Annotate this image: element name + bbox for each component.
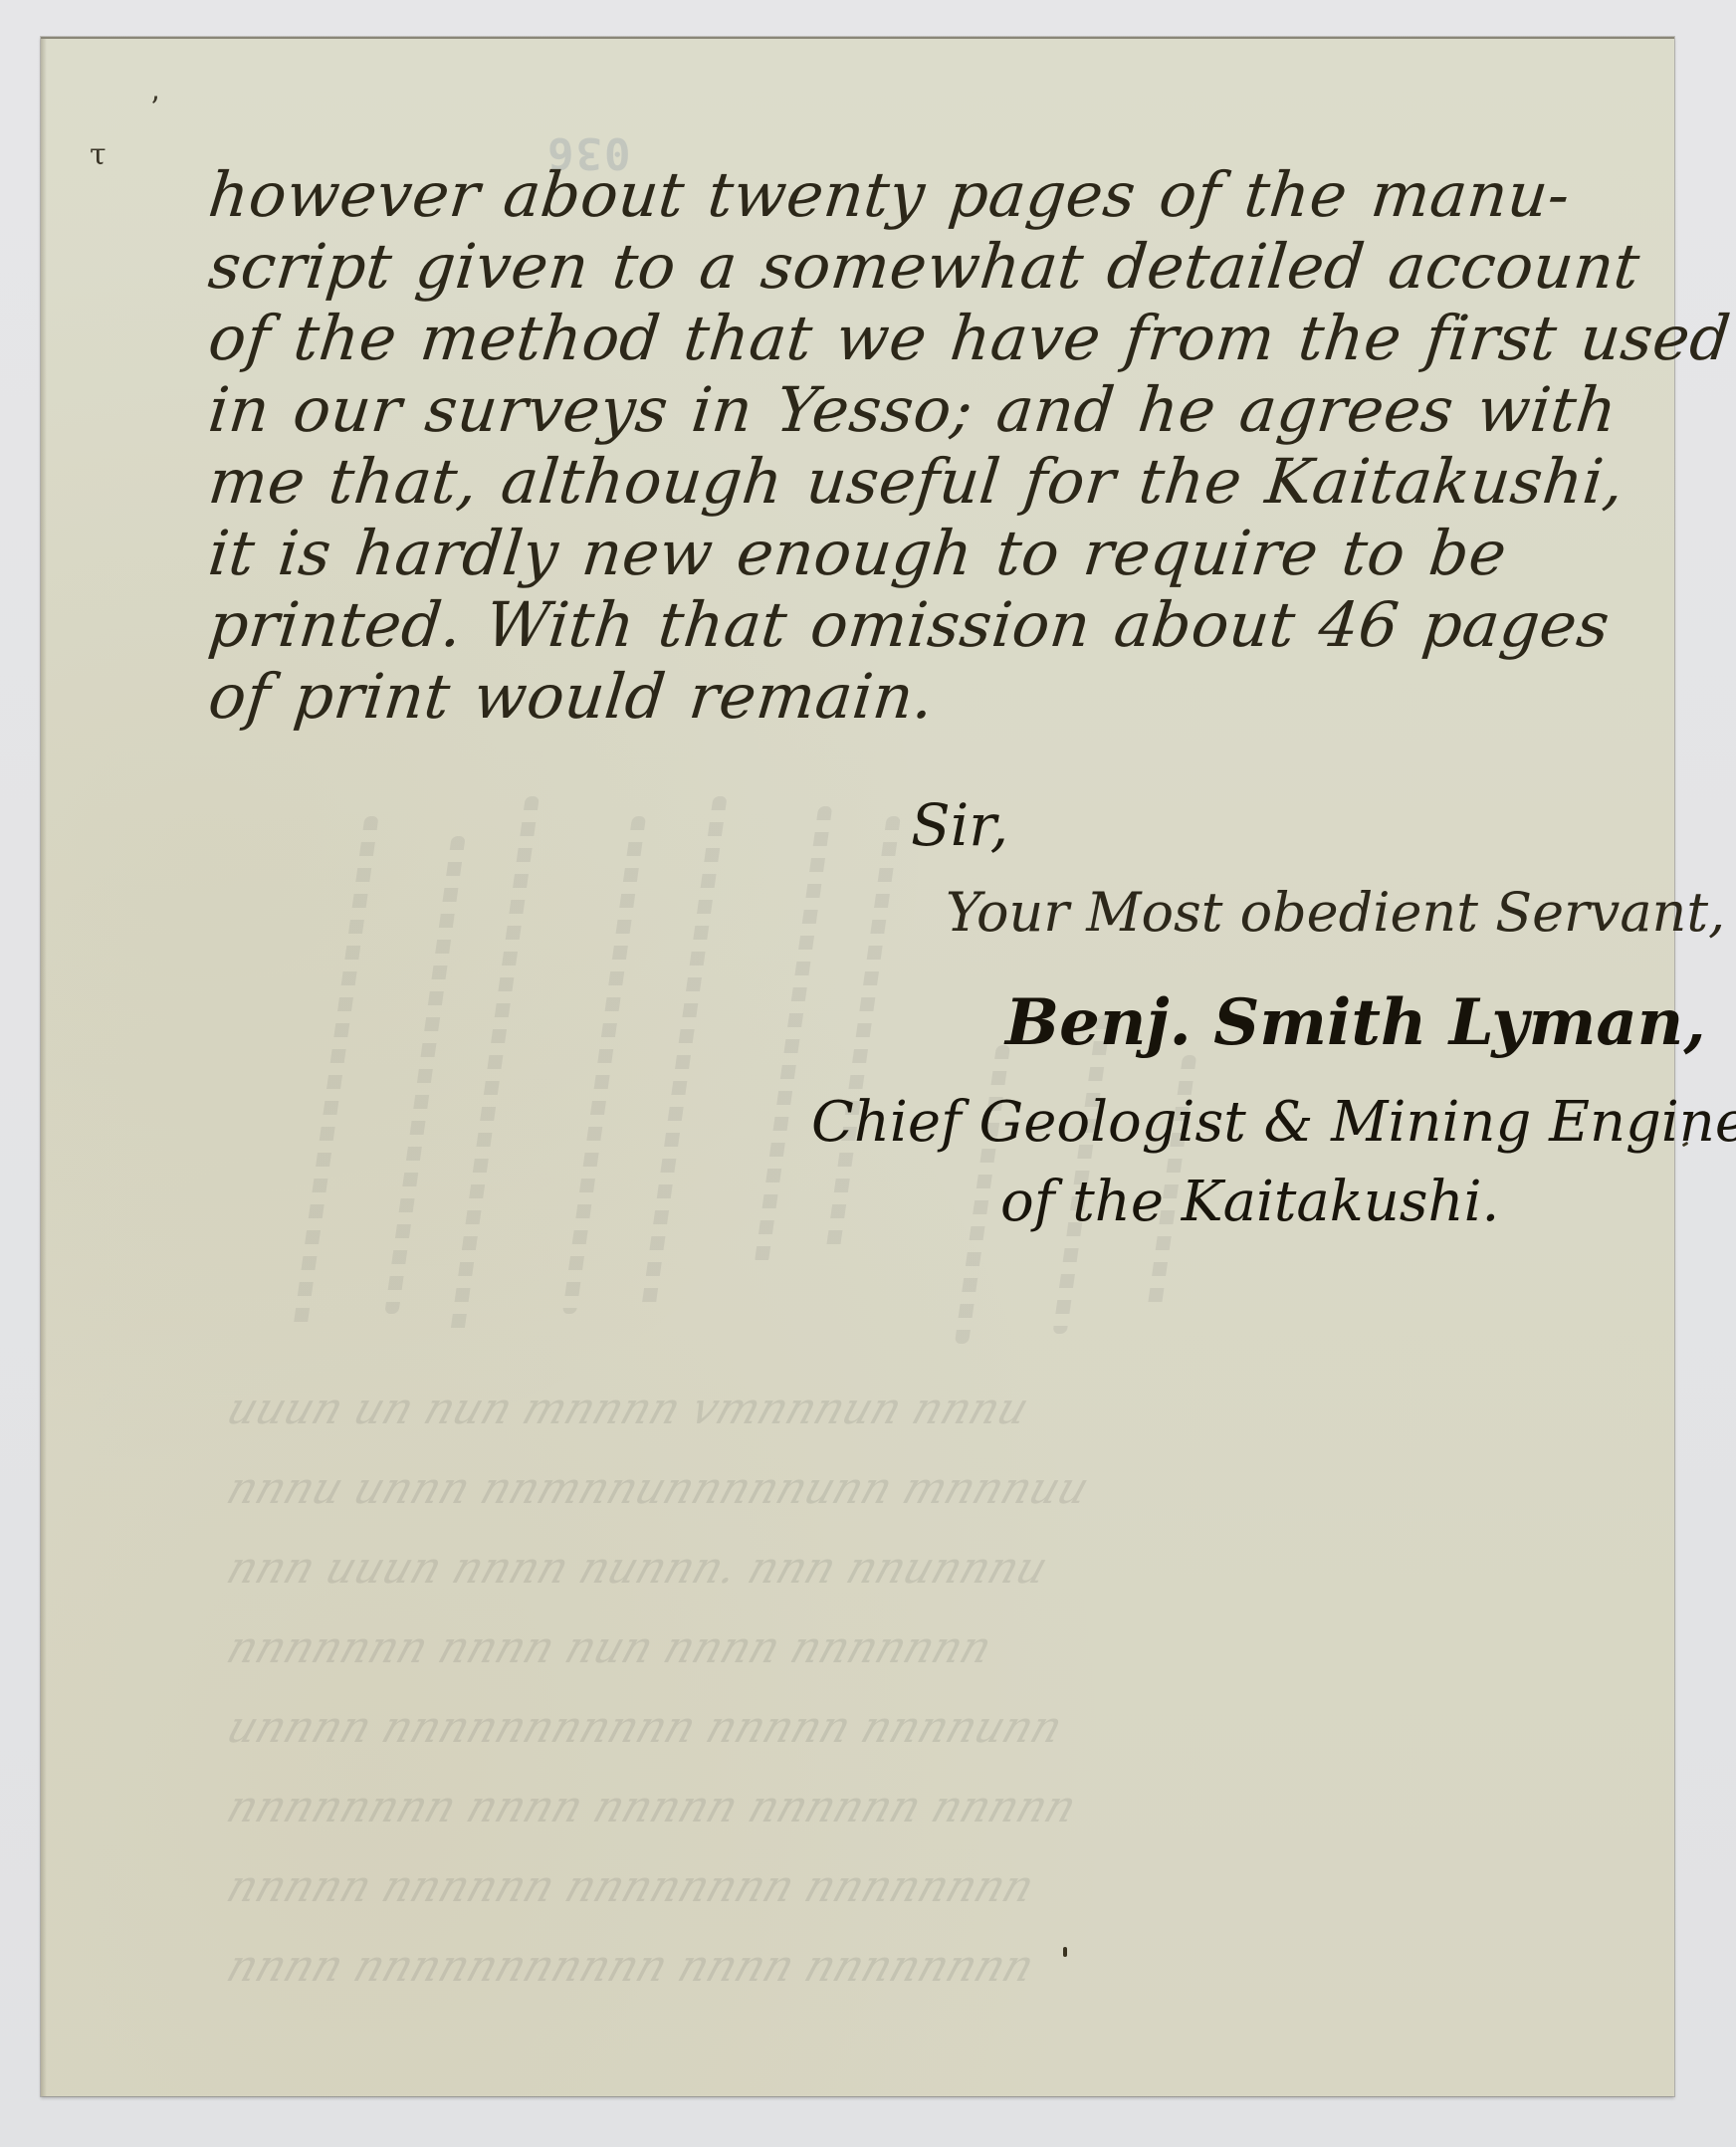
letter-body: however about twenty pages of the manu- … xyxy=(209,159,1563,733)
margin-mark: ʼ xyxy=(149,92,159,126)
body-line: in our surveys in Yesso; and he agrees w… xyxy=(205,374,1567,446)
body-line: of print would remain. xyxy=(205,661,1567,733)
body-line: printed. With that omission about 46 pag… xyxy=(205,589,1567,661)
body-line: script given to a somewhat detailed acco… xyxy=(205,231,1567,303)
signatory-organization: of the Kaitakushi. xyxy=(1000,1170,1499,1234)
margin-mark: τ xyxy=(90,137,107,172)
body-line: me that, although useful for the Kaitaku… xyxy=(205,446,1567,518)
body-line: it is hardly new enough to require to be xyxy=(205,518,1567,589)
valediction: Your Most obedient Servant, xyxy=(946,881,1725,944)
signatory-title: Chief Geologist & Mining Engineer, xyxy=(811,1090,1736,1155)
salutation: Sir, xyxy=(911,791,1008,859)
ink-speck xyxy=(1063,1947,1067,1957)
body-line: however about twenty pages of the manu- xyxy=(205,159,1567,231)
signature: Benj. Smith Lyman, xyxy=(1005,985,1706,1060)
body-line: of the method that we have from the firs… xyxy=(205,303,1567,374)
